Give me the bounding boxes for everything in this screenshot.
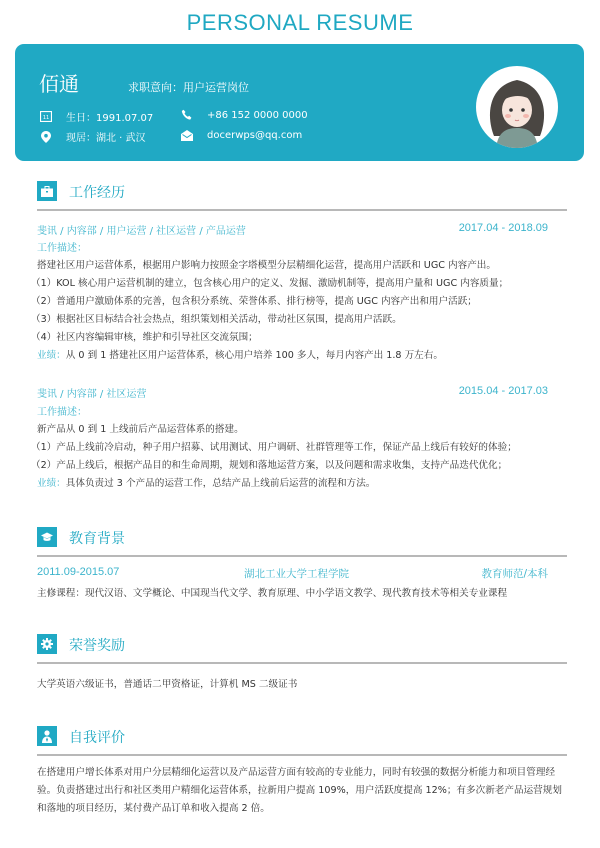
email-icon [180, 129, 194, 141]
section-title: 工作经历 [69, 182, 125, 202]
edu-courses: 主修课程：现代汉语、文学概论、中国现当代文学、教育原理、中小学语文教学、现代教育… [37, 585, 507, 599]
header-card: 佰通 求职意向：用户运营岗位 11 生日：1991.07.07 现居：湖北 · … [15, 44, 584, 161]
phone-row: +86 152 0000 0000 [180, 109, 308, 121]
desc-line: （2）普通用户激励体系的完善，包含积分系统、荣誉体系、排行榜等，提高 UGC 内… [31, 293, 477, 307]
divider [37, 209, 567, 211]
gear-icon [37, 634, 57, 654]
calendar-icon: 11 [39, 111, 53, 123]
user-icon [37, 726, 57, 746]
desc-line: （4）社区内容编辑审核，维护和引导社区交流氛围； [31, 329, 258, 343]
desc-line: （3）根据社区目标结合社会热点，组织策划相关活动，带动社区氛围，提高用户活跃。 [31, 311, 402, 325]
divider [37, 754, 567, 756]
section-title: 教育背景 [69, 528, 125, 548]
graduation-cap-icon [37, 527, 57, 547]
briefcase-icon [37, 181, 57, 201]
edu-period: 2011.09-2015.07 [37, 566, 119, 578]
phone: +86 152 0000 0000 [207, 110, 308, 121]
self-evaluation-text: 在搭建用户增长体系对用户分层精细化运营以及产品运营方面有较高的专业能力，同时有较… [37, 764, 567, 818]
section-education: 教育背景 [37, 527, 567, 559]
residence: 现居：湖北 · 武汉 [66, 129, 146, 144]
residence-row: 现居：湖北 · 武汉 [39, 129, 146, 144]
avatar [476, 66, 558, 148]
phone-icon [180, 109, 194, 121]
email: docerwps@qq.com [207, 130, 302, 141]
job-path: 斐讯 / 内容部 / 社区运营 2015.04 - 2017.03 [37, 385, 548, 400]
section-self-evaluation: 自我评价 [37, 726, 567, 758]
candidate-name: 佰通 [39, 68, 79, 97]
job-path: 斐讯 / 内容部 / 用户运营 / 社区运营 / 产品运营 2017.04 - … [37, 222, 548, 237]
edu-school: 湖北工业大学工程学院 [244, 566, 349, 581]
desc-label: 工作描述： [37, 239, 87, 254]
svg-text:11: 11 [43, 115, 49, 121]
job-date: 2017.04 - 2018.09 [459, 222, 548, 234]
job-intent: 求职意向：用户运营岗位 [128, 79, 249, 95]
performance-line: 业绩：从 0 到 1 搭建社区用户运营体系，核心用户培养 100 多人，每月内容… [37, 347, 443, 361]
job-date: 2015.04 - 2017.03 [459, 385, 548, 397]
section-awards: 荣誉奖励 [37, 634, 567, 666]
desc-line: 搭建社区用户运营体系，根据用户影响力按照金字塔模型分层精细化运营，提高用户活跃和… [37, 257, 496, 271]
email-row: docerwps@qq.com [180, 129, 302, 141]
section-title: 荣誉奖励 [69, 635, 125, 655]
desc-label: 工作描述： [37, 403, 87, 418]
edu-degree: 教育师范/本科 [481, 566, 548, 581]
section-work: 工作经历 [37, 181, 567, 213]
divider [37, 662, 567, 664]
desc-line: （1）KOL 核心用户运营机制的建立，包含核心用户的定义、发掘、激励机制等，提高… [31, 275, 508, 289]
location-pin-icon [39, 131, 53, 143]
performance-line: 业绩：具体负责过 3 个产品的运营工作，总结产品上线前后运营的流程和方法。 [37, 475, 375, 489]
awards-text: 大学英语六级证书，普通话二甲资格证，计算机 MS 二级证书 [37, 676, 297, 690]
page-title: PERSONAL RESUME [0, 10, 600, 36]
desc-line: （1）产品上线前冷启动，种子用户招募、试用测试、用户调研、社群管理等工作，保证产… [31, 439, 517, 453]
desc-line: 新产品从 0 到 1 上线前后产品运营体系的搭建。 [37, 421, 244, 435]
divider [37, 555, 567, 557]
desc-line: （2）产品上线后，根据产品目的和生命周期，规划和落地运营方案，以及问题和需求收集… [31, 457, 507, 471]
birthday-row: 11 生日：1991.07.07 [39, 109, 153, 124]
birthday: 生日：1991.07.07 [66, 109, 153, 124]
section-title: 自我评价 [69, 727, 125, 747]
